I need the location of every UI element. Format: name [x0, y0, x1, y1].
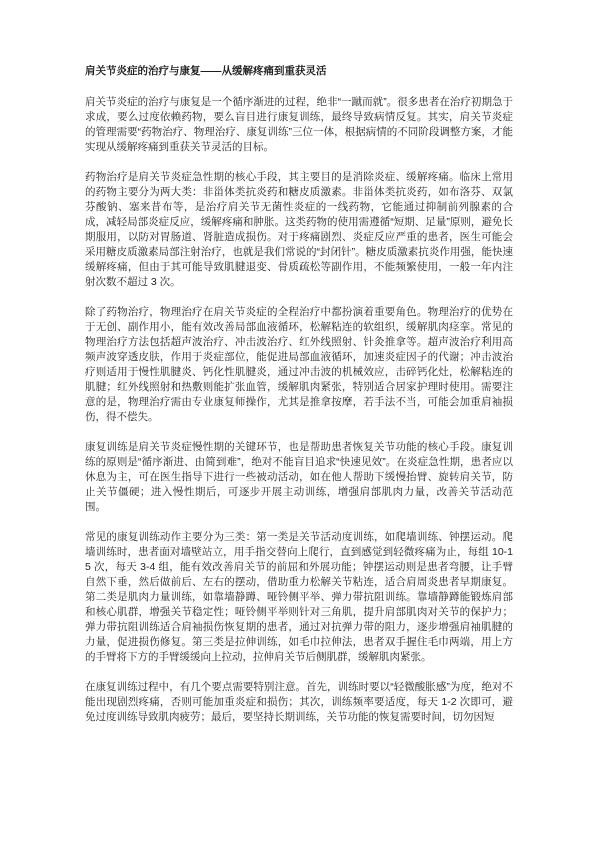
document-page: 肩关节炎症的治疗与康复——从缓解疼痛到重获灵活 肩关节炎症的治疗与康复是一个循序… — [0, 0, 595, 841]
paragraph-medication-therapy: 药物治疗是肩关节炎症急性期的核心手段，其主要目的是消除炎症、缓解疼痛。临床上常用… — [85, 170, 513, 290]
paragraph-intro: 肩关节炎症的治疗与康复是一个循序渐进的过程，绝非“一蹴而就”。很多患者在治疗初期… — [85, 95, 513, 155]
paragraph-rehab-training-principles: 康复训练是肩关节炎症慢性期的关键环节，也是帮助患者恢复关节功能的核心手段。康复训… — [85, 440, 513, 515]
document-title: 肩关节炎症的治疗与康复——从缓解疼痛到重获灵活 — [85, 64, 513, 79]
paragraph-physical-therapy: 除了药物治疗，物理治疗在肩关节炎症的全程治疗中都扮演着重要角色。物理治疗的优势在… — [85, 305, 513, 425]
paragraph-training-exercises: 常见的康复训练动作主要分为三类：第一类是关节活动度训练，如爬墙训练、钟摆运动。爬… — [85, 530, 513, 665]
paragraph-training-precautions: 在康复训练过程中，有几个要点需要特别注意。首先，训练时要以“轻微酸胀感”为度，绝… — [85, 680, 513, 725]
